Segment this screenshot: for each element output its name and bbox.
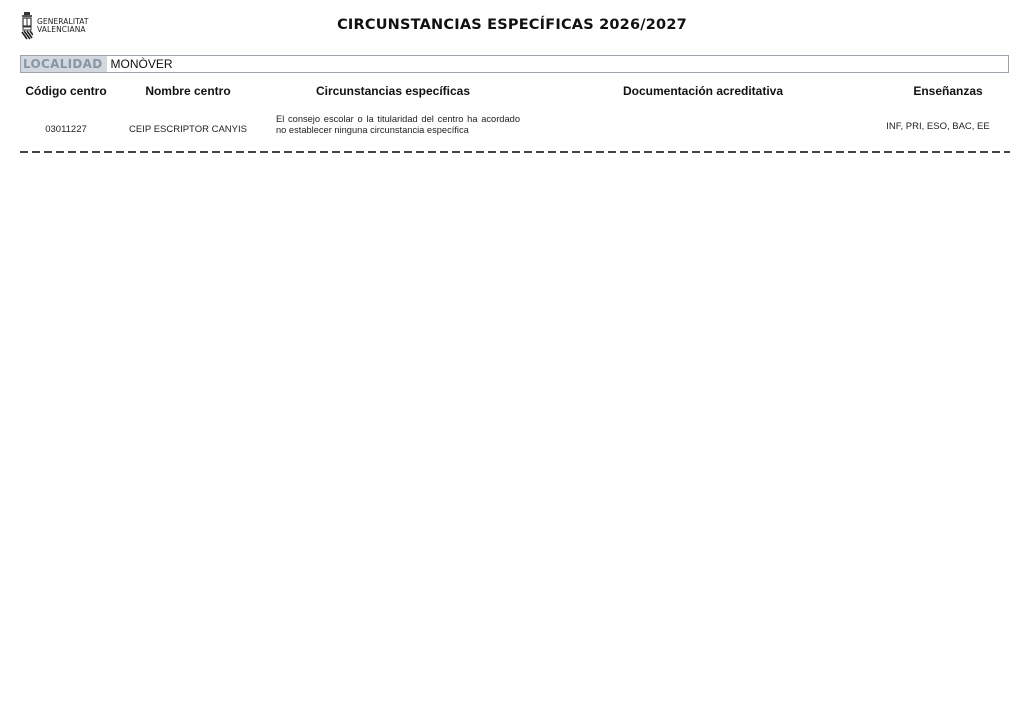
localidad-value: MONÒVER [111,57,173,71]
localidad-label: LOCALIDAD [21,56,107,72]
column-header-documentacion: Documentación acreditativa [603,84,803,98]
localidad-bar: LOCALIDAD MONÒVER [20,55,1009,73]
row-separator [20,151,1010,153]
page-title: CIRCUNSTANCIAS ESPECÍFICAS 2026/2027 [0,17,1024,33]
cell-circunstancias: El consejo escolar o la titularidad del … [276,114,520,136]
cell-nombre: CEIP ESCRIPTOR CANYIS [118,124,258,135]
cell-ensenanzas: INF, PRI, ESO, BAC, EE [868,121,1008,132]
cell-codigo: 03011227 [20,124,112,135]
column-header-circunstancias: Circunstancias específicas [283,84,503,98]
column-header-nombre: Nombre centro [128,84,248,98]
column-header-ensenanzas: Enseñanzas [898,84,998,98]
column-header-codigo: Código centro [18,84,114,98]
